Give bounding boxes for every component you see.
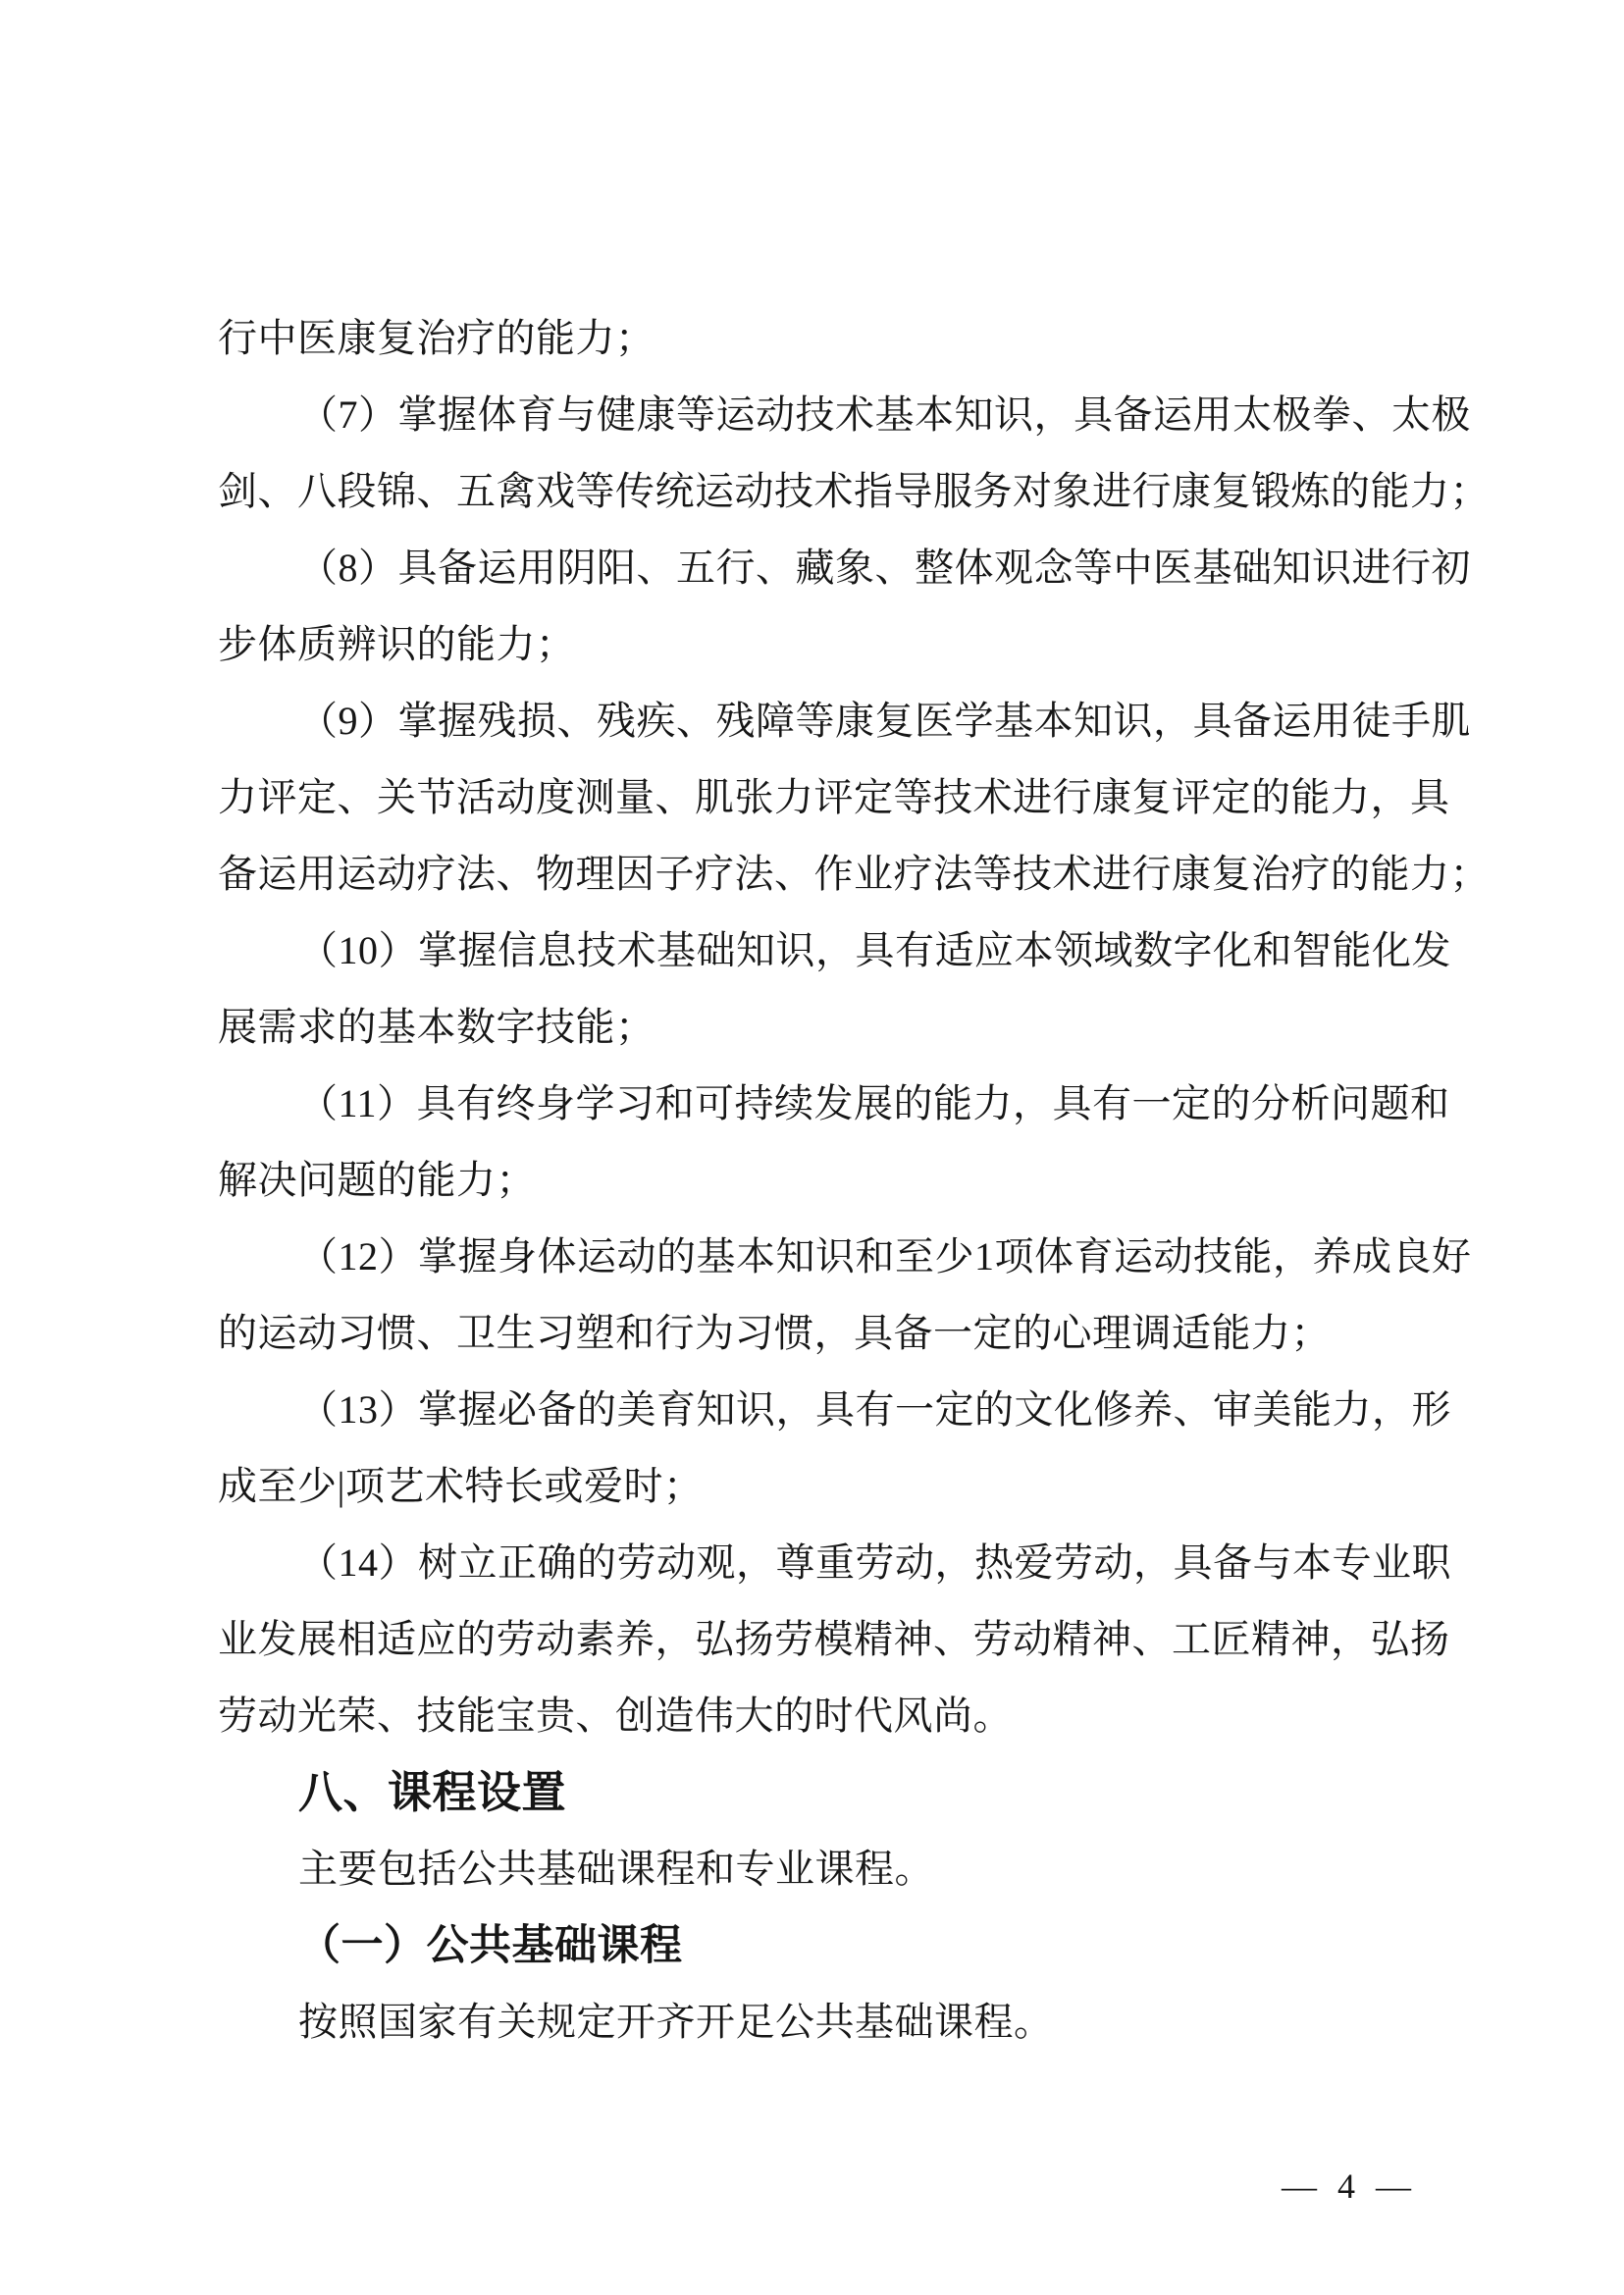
text-line-14: 的运动习惯、卫生习塑和行为习惯，具备一定的心理调适能力； — [218, 1295, 1446, 1372]
text-line-09-item-10-start: （10）掌握信息技术基础知识，具有适应本领域数字化和智能化发 — [218, 913, 1446, 989]
page-number: — 4 — — [1282, 2165, 1417, 2208]
text-line-01: 行中医康复治疗的能力； — [218, 300, 1446, 377]
text-line-03: 剑、八段锦、五禽戏等传统运动技术指导服务对象进行康复锻炼的能力； — [218, 453, 1446, 530]
subsection-body-line: 按照国家有关规定开齐开足公共基础课程。 — [218, 1984, 1446, 2060]
text-line-07: 力评定、关节活动度测量、肌张力评定等技术进行康复评定的能力，具 — [218, 759, 1446, 836]
text-line-12: 解决问题的能力； — [218, 1142, 1446, 1219]
text-line-05: 步体质辨识的能力； — [218, 606, 1446, 683]
text-line-06-item-9-start: （9）掌握残损、残疾、残障等康复医学基本知识，具备运用徒手肌 — [218, 683, 1446, 759]
text-line-10: 展需求的基本数字技能； — [218, 989, 1446, 1066]
document-page: 行中医康复治疗的能力； （7）掌握体育与健康等运动技术基本知识，具备运用太极拳、… — [0, 0, 1624, 2295]
subsection-heading-public-basic-courses: （一）公共基础课程 — [218, 1907, 1446, 1984]
text-line-19: 劳动光荣、技能宝贵、创造伟大的时代风尚。 — [218, 1678, 1446, 1754]
text-line-08: 备运用运动疗法、物理因子疗法、作业疗法等技术进行康复治疗的能力； — [218, 836, 1446, 913]
document-body: 行中医康复治疗的能力； （7）掌握体育与健康等运动技术基本知识，具备运用太极拳、… — [218, 300, 1446, 2060]
text-line-13-item-12-start: （12）掌握身体运动的基本知识和至少1项体育运动技能，养成良好 — [218, 1219, 1446, 1295]
section-heading-curriculum: 八、课程设置 — [218, 1754, 1446, 1831]
text-line-18: 业发展相适应的劳动素养，弘扬劳模精神、劳动精神、工匠精神，弘扬 — [218, 1601, 1446, 1678]
text-line-15-item-13-start: （13）掌握必备的美育知识，具有一定的文化修养、审美能力，形 — [218, 1372, 1446, 1448]
text-line-17-item-14-start: （14）树立正确的劳动观，尊重劳动，热爱劳动，具备与本专业职 — [218, 1525, 1446, 1601]
text-line-02-item-7-start: （7）掌握体育与健康等运动技术基本知识，具备运用太极拳、太极 — [218, 377, 1446, 453]
text-line-04-item-8-start: （8）具备运用阴阳、五行、藏象、整体观念等中医基础知识进行初 — [218, 530, 1446, 606]
section-intro-line: 主要包括公共基础课程和专业课程。 — [218, 1831, 1446, 1907]
text-line-11-item-11-start: （11）具有终身学习和可持续发展的能力，具有一定的分析问题和 — [218, 1066, 1446, 1142]
text-line-16: 成至少|项艺术特长或爱时； — [218, 1448, 1446, 1525]
